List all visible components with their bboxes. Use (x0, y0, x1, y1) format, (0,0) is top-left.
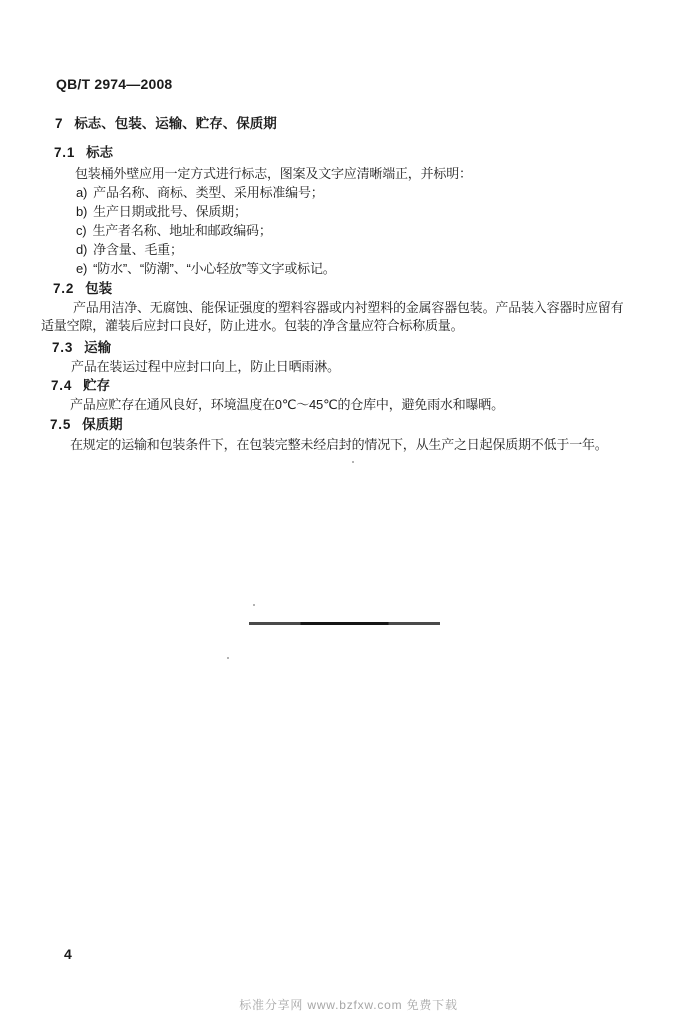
list-item-label: d) (76, 242, 87, 257)
divider-line (249, 622, 440, 625)
list-item-label: c) (76, 223, 86, 238)
clause-7-4-heading: 7.4贮存 (51, 378, 110, 393)
clause-number: 7.4 (51, 378, 72, 393)
list-item-b: b)生产日期或批号、保质期； (76, 204, 247, 219)
scan-speck (227, 657, 229, 659)
list-item-text: 生产日期或批号、保质期； (93, 204, 247, 219)
clause-title: 包装 (85, 281, 112, 296)
clause-7-5-text: 在规定的运输和包装条件下，在包装完整未经启封的情况下，从生产之日起保质期不低于一… (70, 437, 608, 452)
clause-7-4-text: 产品应贮存在通风良好，环境温度在0℃～45℃的仓库中，避免雨水和曝晒。 (70, 397, 504, 412)
list-item-d: d)净含量、毛重； (76, 242, 183, 257)
list-item-text: “防水”、“防潮”、“小心轻放”等文字或标记。 (93, 261, 335, 276)
clause-7-3-text: 产品在装运过程中应封口向上，防止日晒雨淋。 (71, 359, 340, 374)
clause-7-1-intro: 包装桶外壁应用一定方式进行标志，图案及文字应清晰端正，并标明： (75, 166, 472, 181)
section-7-heading: 7标志、包装、运输、贮存、保质期 (55, 116, 277, 131)
clause-number: 7.3 (52, 340, 73, 355)
clause-title: 保质期 (82, 417, 123, 432)
clause-7-2-text-line-2: 适量空隙，灌装后应封口良好，防止进水。包装的净含量应符合标称质量。 (41, 318, 463, 333)
list-item-e: e)“防水”、“防潮”、“小心轻放”等文字或标记。 (76, 261, 336, 276)
scan-speck (253, 604, 255, 606)
clause-7-2-heading: 7.2包装 (53, 281, 112, 296)
list-item-a: a)产品名称、商标、类型、采用标准编号； (76, 185, 324, 200)
footer-watermark: 标准分享网 www.bzfxw.com 免费下载 (0, 996, 697, 1013)
clause-7-1-heading: 7.1标志 (54, 145, 113, 160)
standard-number-header: QB/T 2974—2008 (56, 77, 172, 92)
clause-number: 7.2 (53, 281, 74, 296)
list-item-text: 净含量、毛重； (93, 242, 183, 257)
section-number: 7 (55, 116, 63, 131)
section-title: 标志、包装、运输、贮存、保质期 (74, 116, 277, 131)
scan-speck (352, 461, 354, 463)
page-number: 4 (64, 946, 72, 962)
clause-7-3-heading: 7.3运输 (52, 340, 111, 355)
list-item-text: 生产者名称、地址和邮政编码； (92, 223, 271, 238)
list-item-label: b) (76, 204, 87, 219)
clause-title: 运输 (84, 340, 111, 355)
list-item-text: 产品名称、商标、类型、采用标准编号； (93, 185, 323, 200)
list-item-label: a) (76, 185, 87, 200)
document-page: QB/T 2974—2008 7标志、包装、运输、贮存、保质期 7.1标志 包装… (0, 0, 697, 1018)
list-item-label: e) (76, 261, 87, 276)
clause-title: 标志 (86, 145, 113, 160)
clause-7-2-text-line-1: 产品用洁净、无腐蚀、能保证强度的塑料容器或内衬塑料的金属容器包装。产品装入容器时… (73, 300, 623, 315)
list-item-c: c)生产者名称、地址和邮政编码； (76, 223, 272, 238)
clause-7-5-heading: 7.5保质期 (50, 417, 123, 432)
clause-number: 7.5 (50, 417, 71, 432)
clause-title: 贮存 (83, 378, 110, 393)
clause-number: 7.1 (54, 145, 75, 160)
